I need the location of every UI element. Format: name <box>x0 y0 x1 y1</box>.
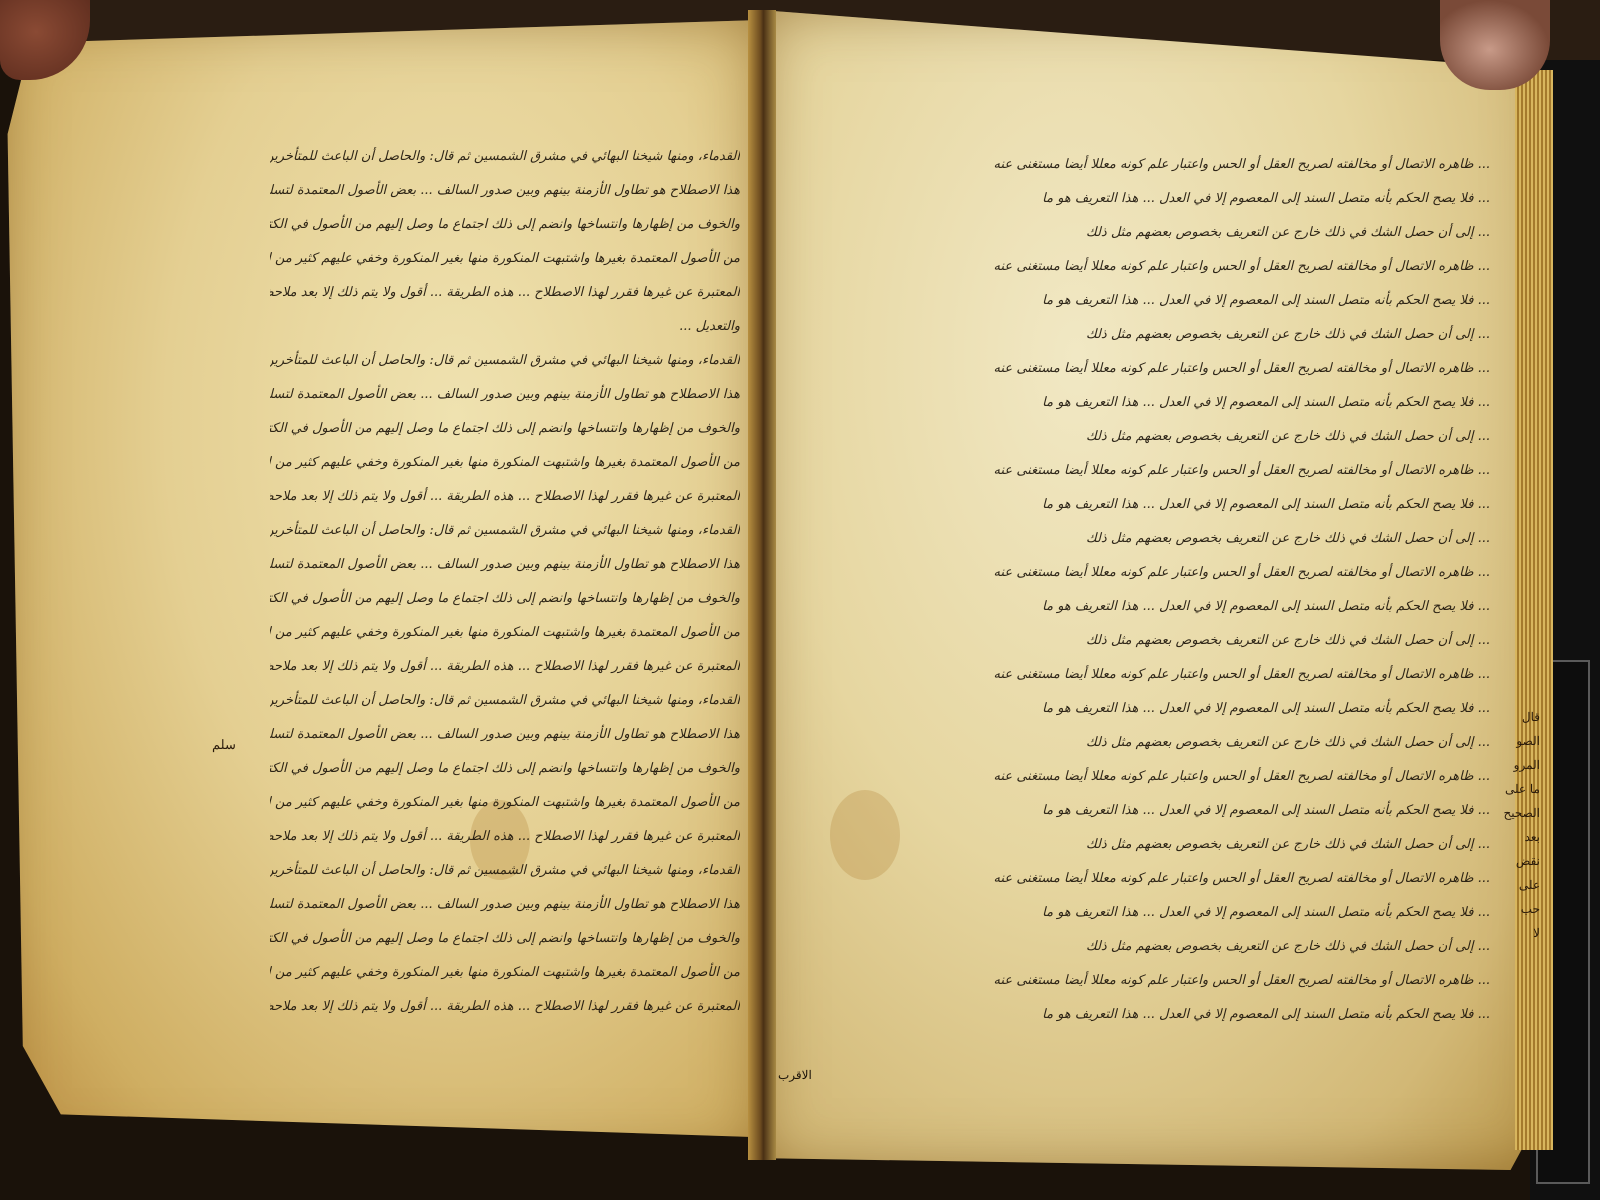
text-line: ... إلى أن حصل الشك في ذلك خارج عن التعر… <box>790 318 1490 352</box>
text-line: المعتبرة عن غيرها فقرر لهذا الاصطلاح ...… <box>270 650 740 684</box>
text-line: هذا الاصطلاح هو تطاول الأزمنة بينهم وبين… <box>270 548 740 582</box>
text-line: ... إلى أن حصل الشك في ذلك خارج عن التعر… <box>790 930 1490 964</box>
text-line: ... فلا يصح الحكم بأنه متصل السند إلى ال… <box>790 386 1490 420</box>
catchword: الاقرب <box>778 1068 812 1082</box>
text-line: ... فلا يصح الحكم بأنه متصل السند إلى ال… <box>790 896 1490 930</box>
text-line: والخوف من إظهارها وانتساخها وانضم إلى ذل… <box>270 412 740 446</box>
text-line: من الأصول المعتمدة بغيرها واشتبهت المنكو… <box>270 242 740 276</box>
text-line: ... فلا يصح الحكم بأنه متصل السند إلى ال… <box>790 794 1490 828</box>
margin-note-right-edge: قال الصو المرو ما على الصحيح بعد نقض على… <box>1500 705 1540 945</box>
text-line: ... ظاهره الاتصال أو مخالفته لصريح العقل… <box>790 148 1490 182</box>
text-line: القدماء، ومنها شيخنا البهائي في مشرق الش… <box>270 140 740 174</box>
text-line: والتعديل ... <box>270 310 740 344</box>
text-line: هذا الاصطلاح هو تطاول الأزمنة بينهم وبين… <box>270 718 740 752</box>
text-line: ... إلى أن حصل الشك في ذلك خارج عن التعر… <box>790 420 1490 454</box>
text-line: القدماء، ومنها شيخنا البهائي في مشرق الش… <box>270 684 740 718</box>
text-line: ... فلا يصح الحكم بأنه متصل السند إلى ال… <box>790 998 1490 1032</box>
text-line: ... ظاهره الاتصال أو مخالفته لصريح العقل… <box>790 454 1490 488</box>
text-line: ... ظاهره الاتصال أو مخالفته لصريح العقل… <box>790 964 1490 998</box>
text-line: هذا الاصطلاح هو تطاول الأزمنة بينهم وبين… <box>270 378 740 412</box>
text-line: هذا الاصطلاح هو تطاول الأزمنة بينهم وبين… <box>270 888 740 922</box>
text-line: القدماء، ومنها شيخنا البهائي في مشرق الش… <box>270 514 740 548</box>
text-line: هذا الاصطلاح هو تطاول الأزمنة بينهم وبين… <box>270 174 740 208</box>
book-gutter <box>748 10 776 1160</box>
text-line: والخوف من إظهارها وانتساخها وانضم إلى ذل… <box>270 208 740 242</box>
right-page-text: ... ظاهره الاتصال أو مخالفته لصريح العقل… <box>790 148 1490 1032</box>
text-line: ... إلى أن حصل الشك في ذلك خارج عن التعر… <box>790 828 1490 862</box>
text-line: ... ظاهره الاتصال أو مخالفته لصريح العقل… <box>790 250 1490 284</box>
text-line: المعتبرة عن غيرها فقرر لهذا الاصطلاح ...… <box>270 820 740 854</box>
text-line: المعتبرة عن غيرها فقرر لهذا الاصطلاح ...… <box>270 276 740 310</box>
text-line: المعتبرة عن غيرها فقرر لهذا الاصطلاح ...… <box>270 480 740 514</box>
text-line: ... فلا يصح الحكم بأنه متصل السند إلى ال… <box>790 284 1490 318</box>
text-line: ... ظاهره الاتصال أو مخالفته لصريح العقل… <box>790 862 1490 896</box>
text-line: والخوف من إظهارها وانتساخها وانضم إلى ذل… <box>270 922 740 956</box>
text-line: ... إلى أن حصل الشك في ذلك خارج عن التعر… <box>790 522 1490 556</box>
text-line: ... ظاهره الاتصال أو مخالفته لصريح العقل… <box>790 352 1490 386</box>
hand-finger-right <box>1440 0 1550 90</box>
text-line: من الأصول المعتمدة بغيرها واشتبهت المنكو… <box>270 616 740 650</box>
text-line: ... ظاهره الاتصال أو مخالفته لصريح العقل… <box>790 556 1490 590</box>
text-line: من الأصول المعتمدة بغيرها واشتبهت المنكو… <box>270 786 740 820</box>
page-edges <box>1515 70 1553 1150</box>
text-line: القدماء، ومنها شيخنا البهائي في مشرق الش… <box>270 344 740 378</box>
text-line: من الأصول المعتمدة بغيرها واشتبهت المنكو… <box>270 956 740 990</box>
text-line: ... فلا يصح الحكم بأنه متصل السند إلى ال… <box>790 590 1490 624</box>
text-line: القدماء، ومنها شيخنا البهائي في مشرق الش… <box>270 854 740 888</box>
text-line: ... فلا يصح الحكم بأنه متصل السند إلى ال… <box>790 182 1490 216</box>
left-page-text: القدماء، ومنها شيخنا البهائي في مشرق الش… <box>270 140 740 1024</box>
text-line: والخوف من إظهارها وانتساخها وانضم إلى ذل… <box>270 582 740 616</box>
text-line: ... ظاهره الاتصال أو مخالفته لصريح العقل… <box>790 760 1490 794</box>
text-line: ... إلى أن حصل الشك في ذلك خارج عن التعر… <box>790 624 1490 658</box>
margin-note-left: سلم <box>212 738 236 753</box>
text-line: ... إلى أن حصل الشك في ذلك خارج عن التعر… <box>790 726 1490 760</box>
text-line: ... إلى أن حصل الشك في ذلك خارج عن التعر… <box>790 216 1490 250</box>
text-line: من الأصول المعتمدة بغيرها واشتبهت المنكو… <box>270 446 740 480</box>
text-line: والخوف من إظهارها وانتساخها وانضم إلى ذل… <box>270 752 740 786</box>
text-line: ... فلا يصح الحكم بأنه متصل السند إلى ال… <box>790 488 1490 522</box>
text-line: ... فلا يصح الحكم بأنه متصل السند إلى ال… <box>790 692 1490 726</box>
text-line: ... ظاهره الاتصال أو مخالفته لصريح العقل… <box>790 658 1490 692</box>
text-line: المعتبرة عن غيرها فقرر لهذا الاصطلاح ...… <box>270 990 740 1024</box>
